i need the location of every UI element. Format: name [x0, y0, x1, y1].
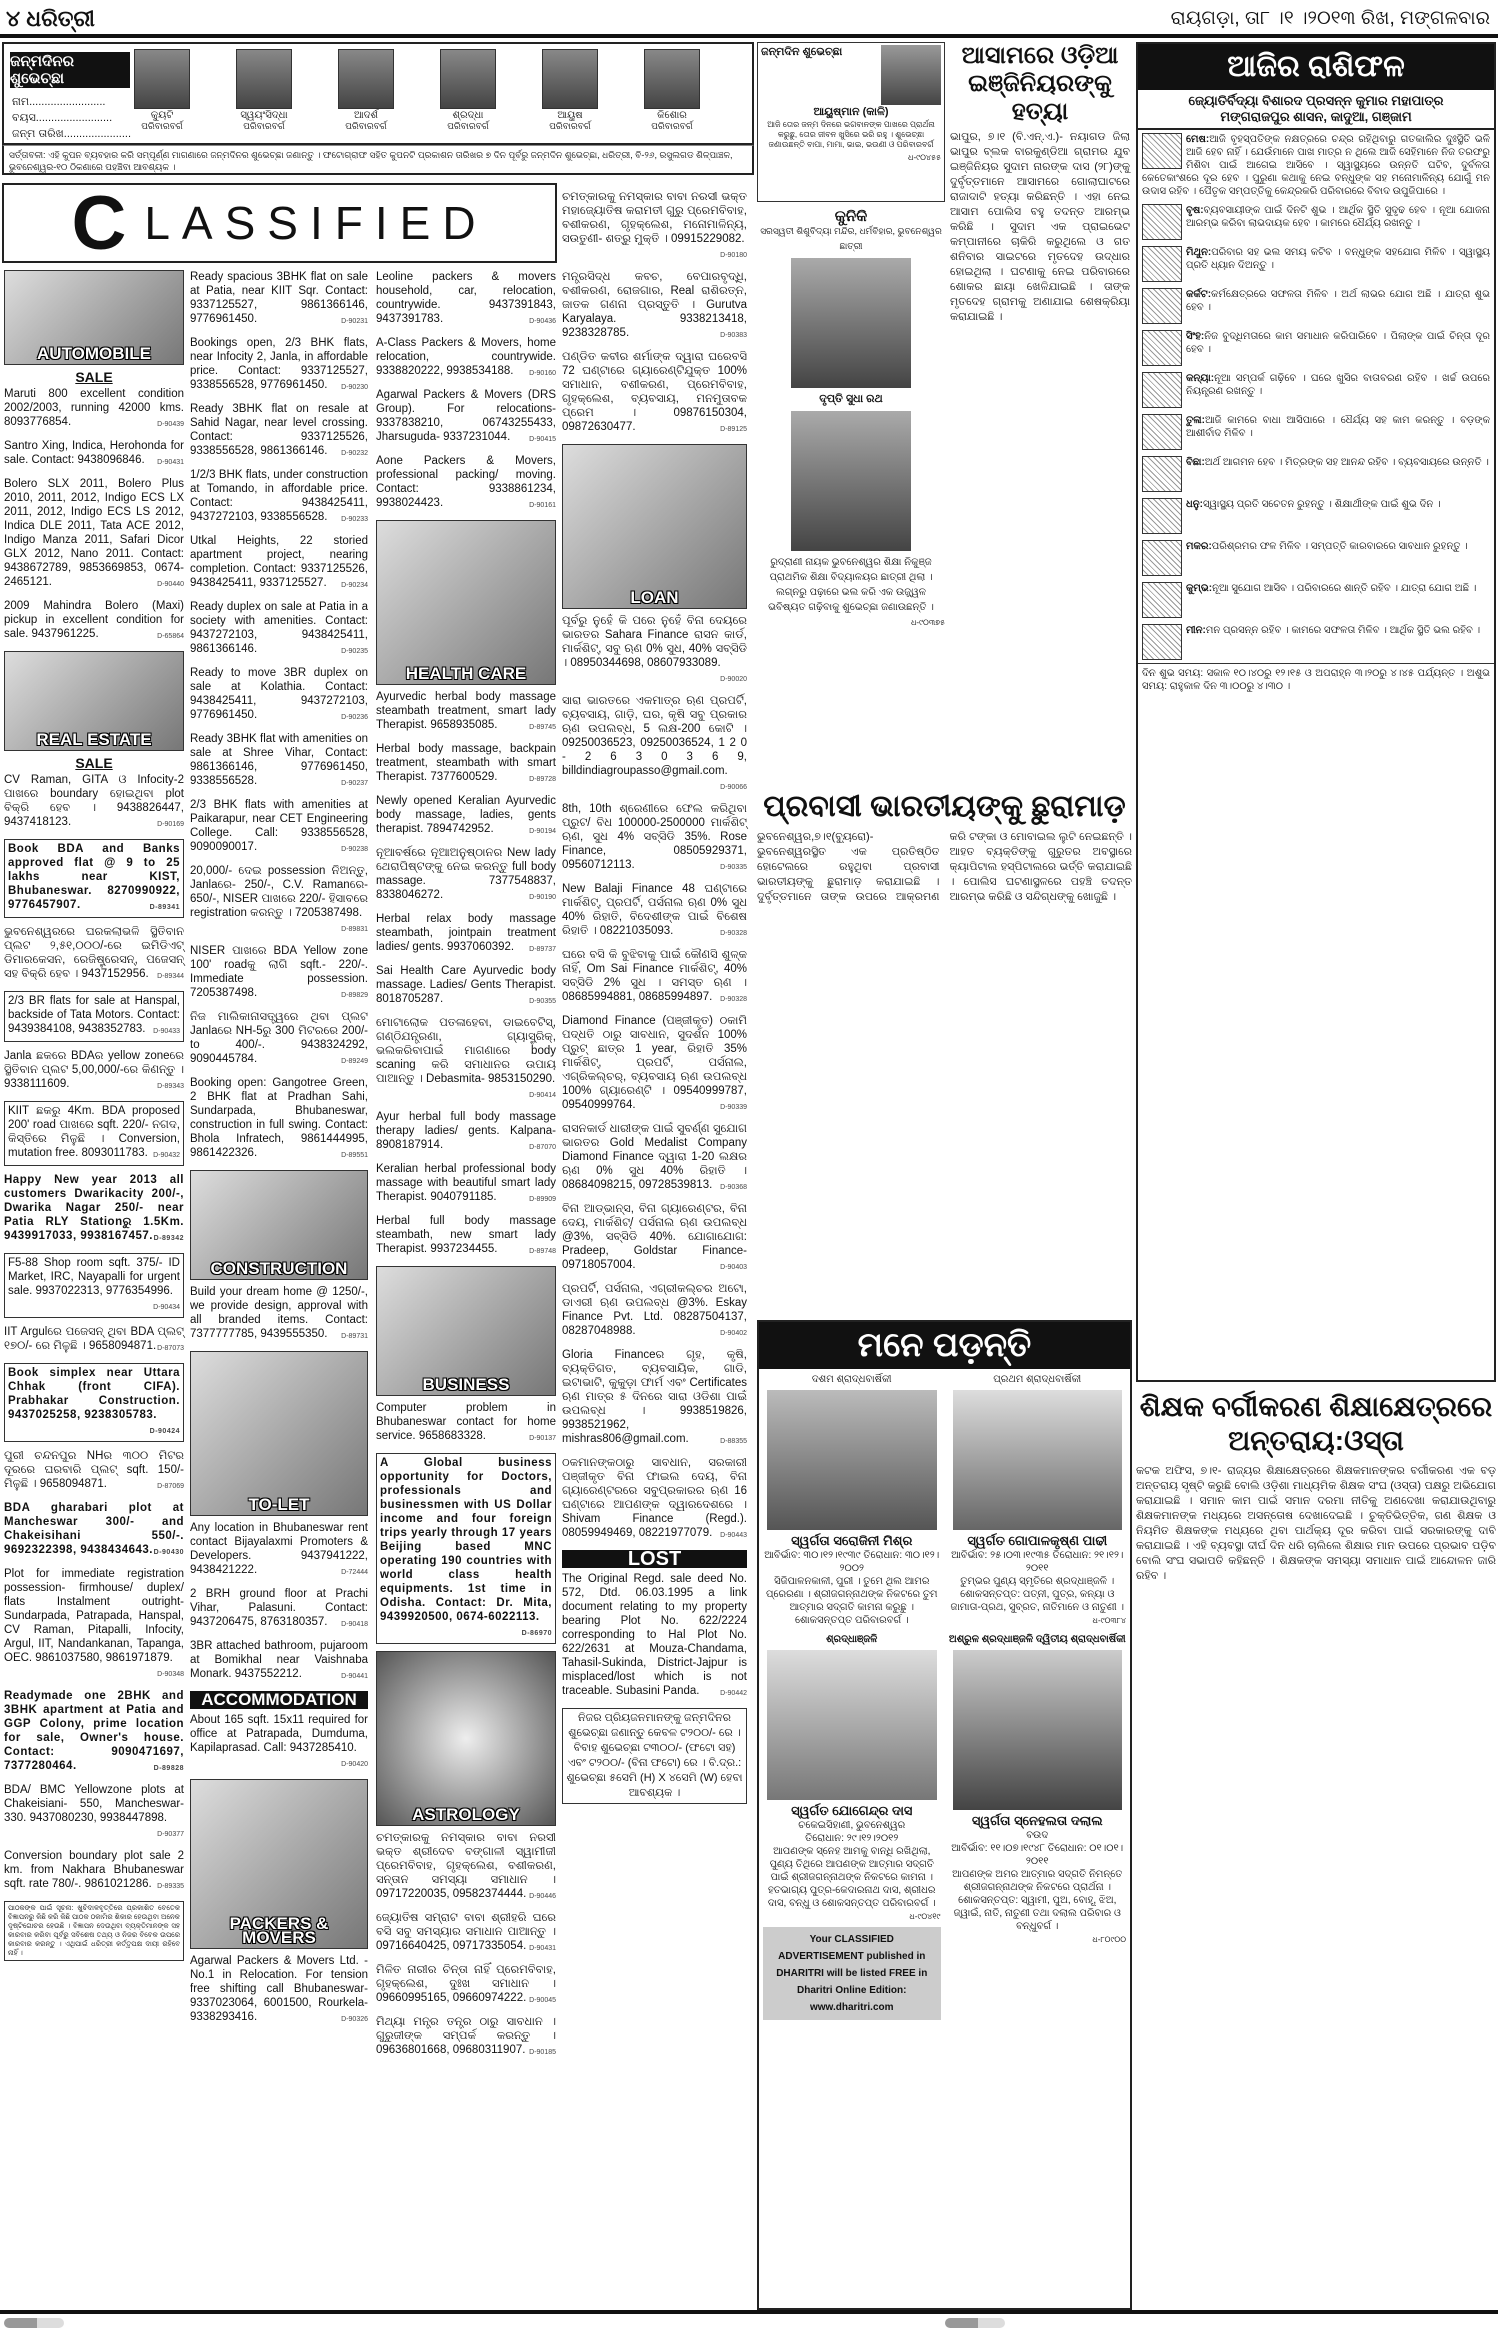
p2-code: ଧ-୯୦୩୮୪ [949, 1614, 1127, 1627]
news-headline-2: ପ୍ରବାସୀ ଭାରତୀୟଙ୍କୁ ଛୁରାମାଡ଼ [757, 790, 1132, 824]
ad-text: ପୂର୍ବରୁ ନୁହେଁ କି ପରେ ନୁହେଁ ବିନା ଦେୟରେ ଭା… [562, 615, 747, 669]
ad-code: D-90415 [529, 433, 556, 447]
news-1: ଆସାମରେ ଓଡ଼ିଆ ଇଞ୍ଜିନିୟରଙ୍କୁ ହତ୍ୟା ଭାପୁର, … [950, 42, 1130, 325]
zodiac-icon [1142, 372, 1182, 408]
sign-name: ମେଷ: [1186, 134, 1209, 145]
p1-head: ଦଶମ ଶ୍ରାଦ୍ଧବାର୍ଷିକୀ [763, 1373, 941, 1386]
classified-ad: Utkal Heights, 22 storied apartment proj… [190, 534, 368, 593]
ad-code: D-90402 [720, 1327, 747, 1341]
classified-ad: Ready to move 3BR duplex on sale at Kola… [190, 666, 368, 725]
p4-photo [953, 1650, 1123, 1810]
ad-code: D-90233 [341, 513, 368, 527]
birthday-title: ଜନ୍ମଦିନର ଶୁଭେଚ୍ଛା [10, 52, 130, 88]
ad-text: ପଣ୍ଡିତ କବୀର ଶର୍ମାଙ୍କ ଦ୍ୱାରା ଘରେବସି 72 ଘଣ… [562, 351, 747, 433]
zodiac-icon [1142, 330, 1182, 366]
kid-photo [338, 49, 394, 109]
sign-text: ମନ ପ୍ରସନ୍ନ ରହିବ । କାମରେ ସଫଳତା ମିଳିବ । ଆର… [1206, 625, 1480, 636]
kid-from: ପରିବାରବର୍ଗ [644, 121, 700, 132]
health-care-label: HEALTH CARE [377, 667, 555, 681]
ad-code: D-89748 [529, 1245, 556, 1259]
sign-name: ଧନୁ: [1186, 499, 1203, 510]
ad-code: D-90020 [720, 673, 747, 687]
p2-head: ପ୍ରଥମ ଶ୍ରାଦ୍ଧବାର୍ଷିକୀ [949, 1373, 1127, 1386]
zodiac-sign-entry: ଧନୁ:ସ୍ୱାସ୍ଥ୍ୟ ପ୍ରତି ସଚେତନ ରୁହନ୍ତୁ । ଶିକ୍… [1138, 495, 1494, 537]
classified-ad: ବିନା ଆଡ୍‌ଭାନ୍ସ, ବିନା ଗ୍ୟାରେଣ୍ଟର, ବିନା ଦେ… [562, 1202, 747, 1275]
bday-photo [881, 45, 941, 105]
p3-place: ଚକେଇସିହାଣୀ, ଭୁବନେଶ୍ୱର [763, 1819, 941, 1832]
wish-from: ସରସ୍ୱତୀ ଶିଶୁବିଦ୍ୟା ମନ୍ଦିର, ଧର୍ମବିହାର, ଭୁ… [757, 224, 945, 254]
p4-text: ଆପଣଙ୍କ ଅମର ଆତ୍ମାର ସଦ୍‌ଗତି ନିମନ୍ତେ ଶ୍ରୀଜଗ… [949, 1868, 1127, 1933]
classified-ad: Herbal full body massage steambath, new … [376, 1214, 556, 1259]
classified-ad: Plot for immediate registration possessi… [4, 1567, 184, 1682]
ad-code: D-90368 [720, 1181, 747, 1195]
header-rule [0, 34, 1498, 38]
news-body-2: ଭୁବନେଶ୍ୱର,୭।୧(ବ୍ୟୁରୋ)- ଭୁବନେଶ୍ୱରସ୍ଥିତ ଏକ… [757, 830, 1132, 905]
classified-text: LASSIFIED [144, 196, 487, 250]
classified-ad: A Global business opportunity for Doctor… [376, 1453, 556, 1644]
classified-ad: ରାସନକାର୍ଡ ଧାରୀଙ୍କ ପାଇଁ ସୁବର୍ଣ୍ଣ ସୁଯୋଗ ଭା… [562, 1122, 747, 1195]
p2-photo [953, 1390, 1123, 1530]
ad-code: D-90443 [720, 1529, 747, 1543]
classified-banner: CLASSIFIED [2, 183, 557, 263]
classified-ad: Build your dream home @ 1250/-, we provi… [190, 1285, 368, 1344]
ad-code: D-90441 [341, 1670, 368, 1684]
page-number: ୪ ଧରିତ୍ରୀ [6, 6, 95, 32]
classified-ad: Santro Xing, Indica, Herohonda for sale.… [4, 439, 184, 470]
ad-text: Book simplex near Uttara Chhak (front CI… [8, 1367, 180, 1421]
classified-ad: Ready duplex on sale at Patia in a socie… [190, 600, 368, 659]
ad-code: D-89831 [341, 923, 368, 937]
classified-ad: 8th, 10th ଶ୍ରେଣୀରେ ଫେଲ କରିଥିବା ପ୍ରୁଟ/ ବି… [562, 802, 747, 875]
kid-from: ପରିବାରବର୍ଗ [236, 121, 292, 132]
classified-ad: Ayurvedic herbal body massage steambath … [376, 690, 556, 735]
astrology-image: ASTROLOGY [376, 1651, 556, 1826]
p3-name: ସ୍ୱର୍ଗତ ଯୋଗେନ୍ଦ୍ର ଦାସ [791, 1803, 912, 1818]
ad-code: D-89551 [341, 1149, 368, 1163]
ad-code: D-89728 [529, 773, 556, 787]
birthday-kid: ଆଦର୍ଶପରିବାରବର୍ଗ [338, 49, 394, 132]
ad-code: D-90432 [153, 1149, 180, 1163]
kid-photo [134, 49, 190, 109]
birthday-kid: ଶ୍ରଦ୍ଧାପରିବାରବର୍ଗ [440, 49, 496, 132]
ad-code: D-90420 [341, 1758, 368, 1772]
lost-banner: LOST [562, 1550, 747, 1568]
ad-text: ସାରା ଭାରତରେ ଏକମାତ୍ର ଋଣ ପ୍ରପର୍ଟି, ବ୍ୟବସାୟ… [562, 695, 747, 777]
ad-code: D-90424 [150, 1425, 180, 1439]
kid-name: ଆଦର୍ଶ [338, 110, 394, 121]
bday-code: ଧ-୯୦୪୫୫ [761, 150, 941, 165]
ad-code: D-90169 [157, 818, 184, 832]
girl1-photo [791, 258, 911, 388]
sign-text: ପରିଶ୍ରମର ଫଳ ମିଳିବ । ସମ୍ପତ୍ତି କାରବାରରେ ସା… [1212, 541, 1468, 552]
classified-ad: 2009 Mahindra Bolero (Maxi) pickup in ex… [4, 599, 184, 644]
kid-name: କ୍ୟୁଟି [134, 110, 190, 121]
p4-name: ସ୍ୱର୍ଗତା ସ୍ନେହଲତା ଦଲାଲ [972, 1813, 1103, 1828]
ad-text: BDA/ BMC Yellowzone plots at Chakeisiani… [4, 1784, 184, 1824]
p4-place: ବଉଦ [949, 1829, 1127, 1842]
classified-ad: ଚମତ୍କାରକୁ ନମସ୍କାର ବାବା ନରସୀ ଭକ୍ତ ଶ୍ରୀଦେବ… [376, 1831, 556, 1904]
classified-ad: ପୂର୍ବରୁ ନୁହେଁ କି ପରେ ନୁହେଁ ବିନା ଦେୟରେ ଭା… [562, 614, 747, 687]
p3-code: ଧ-୯୦୪୧୯ [763, 1910, 941, 1923]
zodiac-icon [1142, 414, 1182, 450]
classified-ad: ନୂଆବର୍ଷରେ ନୂଆଅନୁଷ୍ଠାନର New lady ଥେରାପିଷ୍… [376, 846, 556, 905]
zodiac-sign-entry: କୁମ୍ଭ:ନୂଆ ସୁଯୋଗ ଆସିବ । ପରିବାରରେ ଶାନ୍ତି ର… [1138, 579, 1494, 621]
sign-text: ପରିବାର ସହ ଭଲ ସମୟ କଟିବ । ବନ୍ଧୁଙ୍କ ସହଯୋଗ ମ… [1186, 247, 1490, 271]
ad-code: D-90434 [153, 1301, 180, 1315]
p4-dates: ଆବିର୍ଭାବ: ୧୧।୦୭।୧୯୪୮ ତିରୋଧାନ: ୦୧।୦୧।୨୦୧୧ [949, 1842, 1127, 1868]
news-headline-3: ଶିକ୍ଷକ ବର୍ଗୀକରଣ ଶିକ୍ଷାକ୍ଷେତ୍ରରେ ଅନ୍ତରାୟ:… [1136, 1390, 1496, 1458]
sign-text: ଆଜି କାମରେ ବାଧା ଆସିପାରେ । ଧୈର୍ଯ୍ୟ ସହ କାମ … [1186, 415, 1490, 439]
kid-from: ପରିବାରବର୍ଗ [338, 121, 394, 132]
ad-code: D-90442 [720, 1687, 747, 1701]
zodiac-sign-entry: କନ୍ୟା:ନୂଆ ସମ୍ପର୍କ ଗଢ଼ିବେ । ଘରେ ଖୁସିର ବାତ… [1138, 369, 1494, 411]
ad-code: D-90180 [720, 249, 747, 263]
classified-ad: BDA/ BMC Yellowzone plots at Chakeisiani… [4, 1783, 184, 1842]
news-2: ପ୍ରବାସୀ ଭାରତୀୟଙ୍କୁ ଛୁରାମାଡ଼ ଭୁବନେଶ୍ୱର,୭।… [757, 790, 1132, 905]
ad-code: D-90161 [529, 499, 556, 513]
ad-code: D-90433 [153, 1025, 180, 1039]
zodiac-icon [1142, 133, 1182, 169]
wish-title: କୁନିକି [757, 209, 945, 224]
ad-code: D-89829 [341, 989, 368, 1003]
kid-name: ଆୟୁଷ [542, 110, 598, 121]
bday-text: ଆଜି ତୋର ଜନ୍ମ ଦିନରେ ଭଗବାନଙ୍କ ପାଖରେ ପ୍ରାର୍… [761, 120, 941, 150]
ad-text: Booking open: Gangotree Green, 2 BHK fla… [190, 1077, 368, 1159]
packers-label: PACKERS & MOVERS [191, 1917, 367, 1945]
ad-code: D-90238 [341, 843, 368, 857]
ad-text: ଚମତ୍କାରକୁ ନମସ୍କାର ବାବା ନରସୀ ଭକ୍ତ ମହାଜ୍ୟୋ… [562, 191, 747, 245]
memorial-section: ମନେ ପଡ଼ନ୍ତି ଦଶମ ଶ୍ରାଦ୍ଧବାର୍ଷିକୀ ସ୍ୱର୍ଗତା… [757, 1320, 1132, 2310]
zodiac-icon [1142, 540, 1182, 576]
horoscope-section: ଆଜିର ରାଶିଫଳ ଜ୍ୟୋତିର୍ବିଦ୍ୟା ବିଶାରଦ ପ୍ରସନ୍… [1136, 42, 1496, 1382]
classified-ad: 2 BRH ground floor at Prachi Vihar, Pala… [190, 1587, 368, 1632]
p3-dates: ତିରୋଧାନ: ୨୯।୧୨।୨୦୧୨ [763, 1832, 941, 1845]
ad-code: D-90236 [341, 711, 368, 725]
p1-dates: ଆବିର୍ଭାବ: ୩୦।୧୨।୧୯୩୯ ତିରୋଧାନ: ୩୦।୧୨।୨୦୦୨ [763, 1549, 941, 1575]
classified-ad: ଚମତ୍କାରକୁ ନମସ୍କାର ବାବା ନରସୀ ଭକ୍ତ ମହାଜ୍ୟୋ… [562, 190, 747, 263]
column-3: Leoline packers & movers household, car,… [376, 270, 556, 2067]
classified-ad: 2/3 BR flats for sale at Hanspal, backsi… [4, 991, 184, 1042]
classified-ad: Book BDA and Banks approved flat @ 9 to … [4, 839, 184, 918]
column-4: ଚମତ୍କାରକୁ ନମସ୍କାର ବାବା ନରସୀ ଭକ୍ତ ମହାଜ୍ୟୋ… [562, 190, 747, 1811]
ad-code: D-65864 [157, 630, 184, 644]
ad-code: D-89745 [529, 721, 556, 735]
bday-wish-title: ଜନ୍ମଦିନ ଶୁଭେଚ୍ଛା [761, 46, 842, 58]
sign-name: କନ୍ୟା: [1186, 373, 1214, 384]
classified-ad: ମିଥ୍ୟା ମନ୍ତ୍ର ତନ୍ତ୍ର ଠାରୁ ସାବଧାନ । ଗୁରୁଜ… [376, 2015, 556, 2060]
p3-text: ଆପଣଙ୍କ ସ୍ନେହ ଆମକୁ ବାନ୍ଧି ରଖିଥିଲା, ପୁଣ୍ୟ … [763, 1845, 941, 1910]
memorial-title: ମନେ ପଡ଼ନ୍ତି [759, 1322, 1130, 1369]
p2-text: ତୁମ୍ଭର ପୁଣ୍ୟ ସ୍ମୃତିରେ ଶ୍ରଦ୍ଧାଞ୍ଜଳି । ଶୋକ… [949, 1575, 1127, 1614]
classified-ad: ଭୁବନେଶ୍ୱରରେ ଘରକଲାଭଳି ସ୍ଥିତିବାନ ପ୍ଲଟ ୨,୫୧… [4, 925, 184, 984]
p1-name: ସ୍ୱର୍ଗତା ସରୋଜିନୀ ମିଶ୍ର [791, 1533, 912, 1548]
ad-text: The Original Regd. sale deed No. 572, Dt… [562, 1573, 747, 1697]
ad-code: D-90237 [341, 777, 368, 791]
classified-ad: Janla ଛକରେ BDAର yellow zoneରେ ସ୍ଥିତିବାନ … [4, 1049, 184, 1094]
sign-text: ଅର୍ଥ ଆଗମନ ହେବ । ମିତ୍ରଙ୍କ ସହ ଆନନ୍ଦ ରହିବ ।… [1205, 457, 1489, 468]
business-image: BUSINESS [376, 1266, 556, 1396]
classified-ad: A-Class Packers & Movers, home relocatio… [376, 336, 556, 381]
classified-ad: About 165 sqft. 15x11 required for offic… [190, 1713, 368, 1772]
sign-text: ନୂଆ ସୁଯୋଗ ଆସିବ । ପରିବାରରେ ଶାନ୍ତି ରହିବ । … [1212, 583, 1476, 594]
ad-code: D-89343 [157, 1080, 184, 1094]
ad-code: D-88355 [720, 1435, 747, 1449]
memorial-2: ପ୍ରଥମ ଶ୍ରାଦ୍ଧବାର୍ଷିକୀ ସ୍ୱର୍ଗତ ଗୋପାଳକୃଷ୍ଣ… [945, 1369, 1131, 2024]
bday-name: ଆୟୁଷ୍ମାନ (କାଳି) [761, 105, 941, 120]
classified-ad: ମନ୍ତ୍ରସିଦ୍ଧ କବଚ, ବେପାରବୃଦ୍ଧି, ବଶୀକରଣ, ରୋ… [562, 270, 747, 343]
horoscope-address: ମଙ୍ଗରାଜପୁର ଶାସନ, କାଦୁଆ, ଗଞ୍ଜାମ [1138, 109, 1494, 125]
classified-ad: Bookings open, 2/3 BHK flats, near Infoc… [190, 336, 368, 395]
zodiac-sign-entry: ମକର:ପରିଶ୍ରମର ଫଳ ମିଳିବ । ସମ୍ପତ୍ତି କାରବାରର… [1138, 537, 1494, 579]
ad-code: D-90045 [529, 1994, 556, 2008]
classified-ad: ମିଳିତ ନାରୀର ଚିନ୍ତା ନାହିଁ ପ୍ରେମବିବାହ, ଗୃହ… [376, 1963, 556, 2008]
classified-ad: Booking open: Gangotree Green, 2 BHK fla… [190, 1076, 368, 1163]
real-estate-image: REAL ESTATE [4, 651, 184, 751]
classified-ad: Gloria Financeର ଗୃହ, କୃଷି, ବ୍ୟକ୍ତିଗତ, ବ୍… [562, 1348, 747, 1449]
sign-text: ସ୍ୱାସ୍ଥ୍ୟ ପ୍ରତି ସଚେତନ ରୁହନ୍ତୁ । ଶିକ୍ଷାର୍… [1203, 499, 1441, 510]
sign-name: କର୍କଟ: [1186, 289, 1211, 300]
automobile-image: AUTOMOBILE [4, 270, 184, 365]
news-body-3: କଟକ ଅଫିସ, ୭।୧- ରାଜ୍ୟର ଶିକ୍ଷାକ୍ଷେତ୍ରରେ ଶି… [1136, 1464, 1496, 1584]
classified-ad: Keralian herbal professional body massag… [376, 1162, 556, 1207]
classified-ad: 20,000/- ଦେଇ possession ନିଅନ୍ତୁ, Janlaରେ… [190, 864, 368, 937]
zodiac-sign-entry: କର୍କଟ:କର୍ମକ୍ଷେତ୍ରରେ ସଫଳତା ମିଳିବ । ଅର୍ଥ ଲ… [1138, 285, 1494, 327]
kid-from: ପରିବାରବର୍ଗ [440, 121, 496, 132]
classified-ad: ଜ୍ୟୋତିଷ ସମ୍ରାଟ ବାବା ଶ୍ରୀହରି ଘରେ ବସି ସବୁ … [376, 1911, 556, 1956]
sign-name: ବିଛା: [1186, 457, 1205, 468]
ad-code: D-90430 [154, 1546, 184, 1560]
girl2-text: ରୁଦ୍ରାଣୀ ନାୟକ ଭୁବନେଶ୍ୱର ଶିକ୍ଷା ନିକୁଞ୍ଜ ପ… [757, 555, 945, 615]
ad-code: D-89909 [529, 1193, 556, 1207]
ad-text: A Global business opportunity for Doctor… [380, 1457, 552, 1623]
birthday-kid: ସ୍ୱୟଂସିଦ୍ଧାପରିବାରବର୍ଗ [236, 49, 292, 132]
ad-text: Plot for immediate registration possessi… [4, 1568, 184, 1664]
sign-name: ସିଂହ: [1186, 331, 1204, 342]
ad-code: D-89342 [154, 1232, 184, 1246]
kid-name: ସ୍ୱୟଂସିଦ୍ଧା [236, 110, 292, 121]
sign-name: ମୀନ: [1186, 625, 1206, 636]
classified-ad: New Balaji Finance 48 ଘଣ୍ଟାରେ ମାର୍କଶିଟ୍,… [562, 882, 747, 941]
column-5: ଜନ୍ମଦିନ ଶୁଭେଚ୍ଛା ଆୟୁଷ୍ମାନ (କାଳି) ଆଜି ତୋର… [757, 42, 945, 630]
zodiac-sign-entry: ମେଷ:ଆଜି ବୃହସ୍ପତିଙ୍କ ନକ୍ଷତ୍ରରେ ଚନ୍ଦ୍ର ରହି… [1138, 130, 1494, 201]
ad-code: D-90414 [529, 1089, 556, 1103]
sign-name: କୁମ୍ଭ: [1186, 583, 1212, 594]
real-estate-label: REAL ESTATE [5, 733, 183, 747]
girl2-code: ଧ-୯୦୩୭୫ [757, 615, 945, 630]
ad-code: D-89341 [150, 901, 180, 915]
sign-name: ମିଥୁନ: [1186, 247, 1211, 258]
construction-image: CONSTRUCTION [190, 1170, 368, 1280]
automobile-label: AUTOMOBILE [5, 347, 183, 361]
ad-code: D-89335 [157, 1880, 184, 1894]
ad-code: D-90328 [720, 993, 747, 1007]
classified-ad: F5-88 Shop room sqft. 375/- ID Market, I… [4, 1253, 184, 1318]
classified-ad: 3BR attached bathroom, pujaroom at Bomik… [190, 1639, 368, 1684]
classified-ad: Any location in Bhubaneswar rent contact… [190, 1521, 368, 1580]
sign-text: ବ୍ୟବସାୟୀଙ୍କ ପାଇଁ ଦିନଟି ଶୁଭ । ଆର୍ଥିକ ସ୍ଥି… [1186, 205, 1490, 229]
packers-image: PACKERS & MOVERS [190, 1779, 368, 1949]
ad-code: D-89828 [154, 1762, 184, 1776]
ad-code: D-90326 [341, 2013, 368, 2027]
kid-from: ପରିବାରବର୍ଗ [542, 121, 598, 132]
classified-ad: Herbal relax body massage steambath, joi… [376, 912, 556, 957]
tolet-image: TO-LET [190, 1351, 368, 1516]
ad-code: D-90348 [157, 1668, 184, 1682]
classified-ad: CV Raman, GITA ଓ Infocity-2 ପାଖରେ bounda… [4, 773, 184, 832]
zodiac-icon [1142, 456, 1182, 492]
kid-photo [440, 49, 496, 109]
kid-photo [542, 49, 598, 109]
ad-code: D-89125 [720, 423, 747, 437]
kid-name: ଶ୍ରଦ୍ଧା [440, 110, 496, 121]
ad-code: D-86970 [522, 1627, 552, 1641]
classified-ad: The Original Regd. sale deed No. 572, Dt… [562, 1572, 747, 1701]
loan-label: LOAN [563, 591, 746, 605]
birthday-wish-ad: ଜନ୍ମଦିନ ଶୁଭେଚ୍ଛା ଆୟୁଷ୍ମାନ (କାଳି) ଆଜି ତୋର… [757, 42, 945, 202]
ad-text: Bolero SLX 2011, Bolero Plus 2010, 2011,… [4, 478, 184, 588]
tolet-label: TO-LET [191, 1498, 367, 1512]
edition-date: ରାୟଗଡ଼ା, ତା୮ ।୧ ।୨୦୧୩ ରିଖ, ମଙ୍ଗଳବାର [1171, 8, 1490, 30]
accommodation-banner: ACCOMMODATION [190, 1691, 368, 1709]
classified-ad: Sai Health Care Ayurvedic body massage. … [376, 964, 556, 1009]
ad-code: D-90377 [157, 1828, 184, 1842]
zodiac-sign-entry: ମୀନ:ମନ ପ୍ରସନ୍ନ ରହିବ । କାମରେ ସଫଳତା ମିଳିବ … [1138, 621, 1494, 663]
zodiac-sign-entry: ବୃଷ:ବ୍ୟବସାୟୀଙ୍କ ପାଇଁ ଦିନଟି ଶୁଭ । ଆର୍ଥିକ … [1138, 201, 1494, 243]
classified-ad: Aone Packers & Movers, professional pack… [376, 454, 556, 513]
ad-code: D-87073 [157, 1342, 184, 1356]
zodiac-sign-entry: ମିଥୁନ:ପରିବାର ସହ ଭଲ ସମୟ କଟିବ । ବନ୍ଧୁଙ୍କ ସ… [1138, 243, 1494, 285]
girl2-photo [791, 411, 911, 551]
birthday-kid: ଆୟୁଷପରିବାରବର୍ଗ [542, 49, 598, 132]
classified-ad: Agarwal Packers & Movers Ltd. - No.1 in … [190, 1954, 368, 2027]
classified-ad: Ayur herbal full body massage therapy la… [376, 1110, 556, 1155]
ad-code: D-90383 [720, 329, 747, 343]
zodiac-sign-entry: ତୁଳା:ଆଜି କାମରେ ବାଧା ଆସିପାରେ । ଧୈର୍ଯ୍ୟ ସହ… [1138, 411, 1494, 453]
p2-name: ସ୍ୱର୍ଗତ ଗୋପାଳକୃଷ୍ଣ ପାଢୀ [967, 1533, 1107, 1548]
classified-ad: ନିଜ ମାଲିକାନାସତ୍ତ୍ୱରେ ଥିବା ପ୍ଲଟ Janlaରେ N… [190, 1010, 368, 1069]
ad-code: D-90190 [529, 891, 556, 905]
p1-text: ସିଜିପାଳନକାଳୀ, ପୁରୀ । ତୁମେ ଥିଲ ଆମର ପ୍ରେରଣ… [763, 1575, 941, 1627]
p4-code: ଧ-୮୦୯୦୦ [949, 1933, 1127, 1946]
sign-text: ନୂଆ ସମ୍ପର୍କ ଗଢ଼ିବେ । ଘରେ ଖୁସିର ବାତାବରଣ ର… [1186, 373, 1490, 397]
classified-ad: 1/2/3 BHK flats, under construction at T… [190, 468, 368, 527]
classified-ad: IIT Argulରେ ପଜେସନ୍ ଥିବା BDA ପ୍ଲଟ୍ ୧୭୦/- … [4, 1325, 184, 1356]
classified-ad: Bolero SLX 2011, Bolero Plus 2010, 2011,… [4, 477, 184, 592]
astrology-label: ASTROLOGY [377, 1808, 555, 1822]
ad-text: About 165 sqft. 15x11 required for offic… [190, 1714, 368, 1754]
p3-head: ଶ୍ରଦ୍ଧାଞ୍ଜଳି [763, 1633, 941, 1646]
ad-code: D-87070 [529, 1141, 556, 1155]
ad-code: D-90418 [341, 1618, 368, 1632]
ad-text: ଠକମାନଙ୍କଠାରୁ ସାବଧାନ, ସରକାରୀ ପଞ୍ଜୀକୃତ ବିନ… [562, 1457, 747, 1539]
classified-ad: Maruti 800 excellent condition 2002/2003… [4, 387, 184, 432]
ad-code: D-90230 [341, 381, 368, 395]
classified-ad: Diamond Finance (ପଞ୍ଜୀକୃତ) ଠକାମି ପଦ୍ଧତି … [562, 1014, 747, 1115]
ad-code: D-90185 [529, 2046, 556, 2060]
classified-ad: ପ୍ରପର୍ଟି, ପର୍ସନାଲ, ଏଗ୍ରୀକଲ୍ଚର ଅଟୋ, ଡାଏରୀ… [562, 1282, 747, 1341]
reader-disclaimer: ପାଠକଙ୍କ ପାଇଁ ସୂଚନା: ଖୁଚିଦାଳବୃତ୍ତିରେ ପ୍ରକ… [4, 1901, 184, 1961]
kid-from: ପରିବାରବର୍ଗ [134, 121, 190, 132]
classified-ad: Conversion boundary plot sale 2 km. from… [4, 1849, 184, 1894]
dob-field: ଜନ୍ମ ତାରିଖ...................... [12, 128, 131, 141]
classified-ad: Ready 3BHK flat with amenities on sale a… [190, 732, 368, 791]
kid-name: କିଶୋର [644, 110, 700, 121]
classified-ad: Readymade one 2BHK and 3BHK apartment at… [4, 1689, 184, 1776]
horoscope-footer: ଦିନ ଶୁଭ ସମୟ: ସକାଳ ୧୦।୪୦ରୁ ୧୨।୧୫ ଓ ଅପରାହ୍… [1138, 663, 1494, 696]
age-field: ବୟସ......................... [12, 112, 112, 125]
ad-text: 20,000/- ଦେଇ possession ନିଅନ୍ତୁ, Janlaରେ… [190, 865, 368, 919]
ad-code: D-90403 [720, 1261, 747, 1275]
construction-label: CONSTRUCTION [191, 1262, 367, 1276]
p1-photo [767, 1390, 937, 1530]
ad-code: D-89249 [341, 1055, 368, 1069]
health-care-image: HEALTH CARE [376, 520, 556, 685]
zodiac-icon [1142, 246, 1182, 282]
ad-code: D-90194 [529, 825, 556, 839]
classified-ad: Agarwal Packers & Movers (DRS Group). Fo… [376, 388, 556, 447]
classified-ad: ମୋଟାଲୋକ ପତଳାହେବା, ଡାଇବେଟିସ୍, ଗଣ୍ଠିଯନ୍ତ୍ର… [376, 1016, 556, 1103]
ad-code: D-87069 [157, 1480, 184, 1494]
news-headline-1: ଆସାମରେ ଓଡ଼ିଆ ଇଞ୍ଜିନିୟରଙ୍କୁ ହତ୍ୟା [950, 42, 1130, 126]
ad-text: ମୋଟାଲୋକ ପତଳାହେବା, ଡାଇବେଟିସ୍, ଗଣ୍ଠିଯନ୍ତ୍ର… [376, 1017, 556, 1085]
sale-heading: SALE [4, 370, 184, 384]
ad-text: F5-88 Shop room sqft. 375/- ID Market, I… [8, 1257, 180, 1297]
p4-head: ଅଶ୍ରୁଳ ଶ୍ରଦ୍ଧାଞ୍ଜଳି ଦ୍ୱିତୀୟ ଶ୍ରାଦ୍ଧବାର୍ଷ… [949, 1633, 1127, 1646]
dharitri-online-promo: Your CLASSIFIED ADVERTISEMENT published … [763, 1927, 941, 2020]
horoscope-author-box: ଜ୍ୟୋତିର୍ବିଦ୍ୟା ବିଶାରଦ ପ୍ରସନ୍ନ କୁମାର ମହାପ… [1138, 90, 1494, 130]
classified-ad: Leoline packers & movers household, car,… [376, 270, 556, 329]
classified-ad: ଠକମାନଙ୍କଠାରୁ ସାବଧାନ, ସରକାରୀ ପଞ୍ଜୀକୃତ ବିନ… [562, 1456, 747, 1543]
ad-code: D-72444 [341, 1566, 368, 1580]
zodiac-sign-entry: ବିଛା:ଅର୍ଥ ଆଗମନ ହେବ । ମିତ୍ରଙ୍କ ସହ ଆନନ୍ଦ ର… [1138, 453, 1494, 495]
business-label: BUSINESS [377, 1378, 555, 1392]
zodiac-sign-entry: ସିଂହ:ନିଜ ବୁଦ୍ଧିମତାରେ କାମ ସମାଧାନ କରିପାରିବ… [1138, 327, 1494, 369]
news-3: ଶିକ୍ଷକ ବର୍ଗୀକରଣ ଶିକ୍ଷାକ୍ଷେତ୍ରରେ ଅନ୍ତରାୟ:… [1136, 1390, 1496, 1584]
ad-code: D-89344 [157, 970, 184, 984]
classified-ad: BDA gharabari plot at Mancheswar 300/- a… [4, 1501, 184, 1560]
birthday-kid: କିଶୋରପରିବାରବର୍ଗ [644, 49, 700, 132]
horoscope-title: ଆଜିର ରାଶିଫଳ [1138, 44, 1494, 90]
sale-heading-2: SALE [4, 756, 184, 770]
kid-photo [644, 49, 700, 109]
ad-code: D-90439 [157, 418, 184, 432]
zodiac-icon [1142, 498, 1182, 534]
zodiac-icon [1142, 624, 1182, 660]
birthday-coupon: ଜନ୍ମଦିନର ଶୁଭେଚ୍ଛା ନାମ...................… [2, 42, 754, 145]
ad-code: D-89737 [529, 943, 556, 957]
ad-code: D-90339 [720, 1101, 747, 1115]
loan-image: LOAN [562, 444, 747, 609]
news-body-1: ଭାପୁର, ୭।୧ (ବି.ଏନ୍.ଏ.)- ନୟାଗଡ ଜିଲା ଭାପୁର… [950, 130, 1130, 325]
column-2: Ready spacious 3BHK flat on sale at Pati… [190, 270, 368, 2034]
sign-name: ତୁଳା: [1186, 415, 1205, 426]
kid-photo [236, 49, 292, 109]
ad-code: D-90431 [157, 456, 184, 470]
ad-code: D-90335 [720, 861, 747, 875]
classified-ad: Happy New year 2013 all customers Dwarik… [4, 1173, 184, 1246]
classified-ad: Newly opened Keralian Ayurvedic body mas… [376, 794, 556, 839]
ad-code: D-90446 [529, 1890, 556, 1904]
ad-code: D-90328 [720, 927, 747, 941]
memorial-1: ଦଶମ ଶ୍ରାଦ୍ଧବାର୍ଷିକୀ ସ୍ୱର୍ଗତା ସରୋଜିନୀ ମିଶ… [759, 1369, 945, 2024]
ad-code: D-90440 [157, 578, 184, 592]
p2-dates: ଆବିର୍ଭାବ: ୨୫।୦୩।୧୯୩୫ ତିରୋଧାନ: ୨୧।୧୨।୨୦୧୧ [949, 1549, 1127, 1575]
zodiac-icon [1142, 582, 1182, 618]
classified-ad: ଘରେ ବସି କି ବୁଝିବାକୁ ପାଇଁ କୌଣସି ଶୁଳ୍କ ନାହ… [562, 948, 747, 1007]
ad-code: D-90235 [341, 645, 368, 659]
classified-ad: Ready 3BHK flat on resale at Sahid Nagar… [190, 402, 368, 461]
sign-text: ନିଜ ବୁଦ୍ଧିମତାରେ କାମ ସମାଧାନ କରିପାରିବେ । ପ… [1186, 331, 1490, 355]
